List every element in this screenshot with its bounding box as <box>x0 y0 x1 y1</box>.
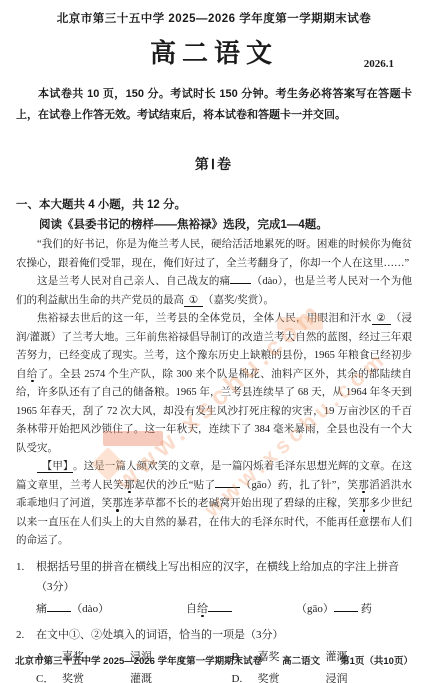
text-segment: 痛 <box>36 603 47 615</box>
blank-underline <box>47 601 71 611</box>
question-2-number: 2. <box>16 625 36 645</box>
question-1-items: 痛（dào） 自给 （gāo） 药 <box>16 599 412 619</box>
option-d-word1: 奖赏 <box>258 669 326 683</box>
option-d-word2: 浸润 <box>326 669 348 683</box>
text-segment: 这是兰考人民对自己亲人、自己战友的痛 <box>37 276 230 287</box>
option-c-word2: 灌溉 <box>130 669 152 683</box>
emphasis-dot-char: 那 <box>359 498 370 509</box>
part-one-title: 第Ⅰ卷 <box>16 154 412 174</box>
text-segment: 药 <box>358 603 372 615</box>
page-title: 高二语文 <box>16 35 412 71</box>
option-c-label: C． <box>36 669 62 683</box>
text-segment: “我们的好书记，你是为俺兰考人民，硬给活活地累死的呀。困难的时候你为俺贫农操心，… <box>16 239 412 269</box>
underlined-text: ② <box>372 313 391 325</box>
question-1-item-3: （gāo） 药 <box>296 599 372 619</box>
blank-underline <box>334 601 358 611</box>
text-segment: 连茅草都不长的老碱窝开始出现了碧绿的庄稼，笑 <box>123 498 359 509</box>
passage-paragraph-1: “我们的好书记，你是为俺兰考人民，硬给活活地累死的呀。困难的时候你为俺贫农操心，… <box>16 236 412 273</box>
text-segment: （dào） <box>71 603 109 615</box>
blank-underline <box>215 478 240 488</box>
option-c: C． 奖赏 灌溉 <box>36 669 232 683</box>
text-segment: 焦裕禄去世后的这一年，兰考县的全体党员，全体人民，用眼泪和汗水 <box>37 313 372 324</box>
text-segment: 起伏的沙丘“贴了 <box>135 480 216 491</box>
reading-instruction: 阅读《县委书记的榜样——焦裕禄》选段，完成1—4题。 <box>16 216 412 232</box>
emphasis-dot-char: 那 <box>112 498 123 509</box>
emphasis-dot-char: 那 <box>124 480 135 491</box>
emphasis-dot-char: 给 <box>27 369 38 380</box>
footer-exam-name: 北京市第三十五中学 2025—2026 学年度第一学期期末试卷 <box>15 653 262 667</box>
text-segment: （gāo） <box>296 603 334 615</box>
footer-subject: 高二语文 <box>282 653 320 667</box>
text-segment: （gāo）药，扎了针”，笑 <box>240 480 358 491</box>
text-segment: 了。全县 2574 个生产队，除 300 来个队是棉花、油料产区外，其余的都陆续… <box>16 369 412 454</box>
passage-paragraph-4: 【甲】。这是一篇人颜欢笑的文章，是一篇闪烁着毛泽东思想光辉的文章。在这篇文章里，… <box>16 458 412 551</box>
passage-paragraph-3: 焦裕禄去世后的这一年，兰考县的全体党员，全体人民，用眼泪和汗水②（浸润/灌溉）了… <box>16 310 412 458</box>
exam-header-line: 北京市第三十五中学 2025—2026 学年度第一学期期末试卷 <box>16 10 412 26</box>
underlined-text: ① <box>184 295 203 307</box>
question-1-item-2: 自给 <box>186 599 296 619</box>
blank-underline <box>208 601 232 611</box>
question-1: 1. 根据括号里的拼音在横线上写出相应的汉字，在横线上给加点的字注上拼音（3分）… <box>16 557 412 619</box>
question-1-text: 根据括号里的拼音在横线上写出相应的汉字，在横线上给加点的字注上拼音（3分） <box>36 557 412 597</box>
text-segment: 自 <box>186 603 197 615</box>
text-segment: （嘉奖/奖赏）。 <box>203 295 274 306</box>
option-c-word1: 奖赏 <box>62 669 130 683</box>
emphasis-dot-char: 给 <box>197 603 208 615</box>
option-d-label: D. <box>232 669 258 683</box>
page-footer: 北京市第三十五中学 2025—2026 学年度第一学期期末试卷 高二语文 第1页… <box>0 653 428 667</box>
question-2-text: 在文中①、②处填入的词语，恰当的一项是（3分） <box>36 625 412 645</box>
question-1-item-1: 痛（dào） <box>36 599 186 619</box>
exam-page: www.xschu.com www.xschu.com 北京市第三十五中学 20… <box>0 0 428 683</box>
passage-paragraph-2: 这是兰考人民对自己亲人、自己战友的痛（dào），也是兰考人民对一个为他们的利益献… <box>16 273 412 310</box>
question-1-number: 1. <box>16 557 36 597</box>
title-row: 高二语文 2026.1 <box>16 35 412 71</box>
blank-underline <box>230 274 251 284</box>
underlined-text: 【甲】 <box>37 461 73 473</box>
exam-instructions: 本试卷共 10 页，150 分。考试时长 150 分钟。考生务必将答案写在答题卡… <box>16 84 412 126</box>
reading-passage: “我们的好书记，你是为俺兰考人民，硬给活活地累死的呀。困难的时候你为俺贫农操心，… <box>16 236 412 551</box>
option-d: D. 奖赏 浸润 <box>232 669 412 683</box>
footer-page-number: 第1页（共10页） <box>340 653 413 667</box>
emphasis-dot-char: 那 <box>358 480 369 491</box>
section-one-heading: 一、本大题共 4 小题，共 12 分。 <box>16 196 412 212</box>
exam-date: 2026.1 <box>364 58 394 70</box>
